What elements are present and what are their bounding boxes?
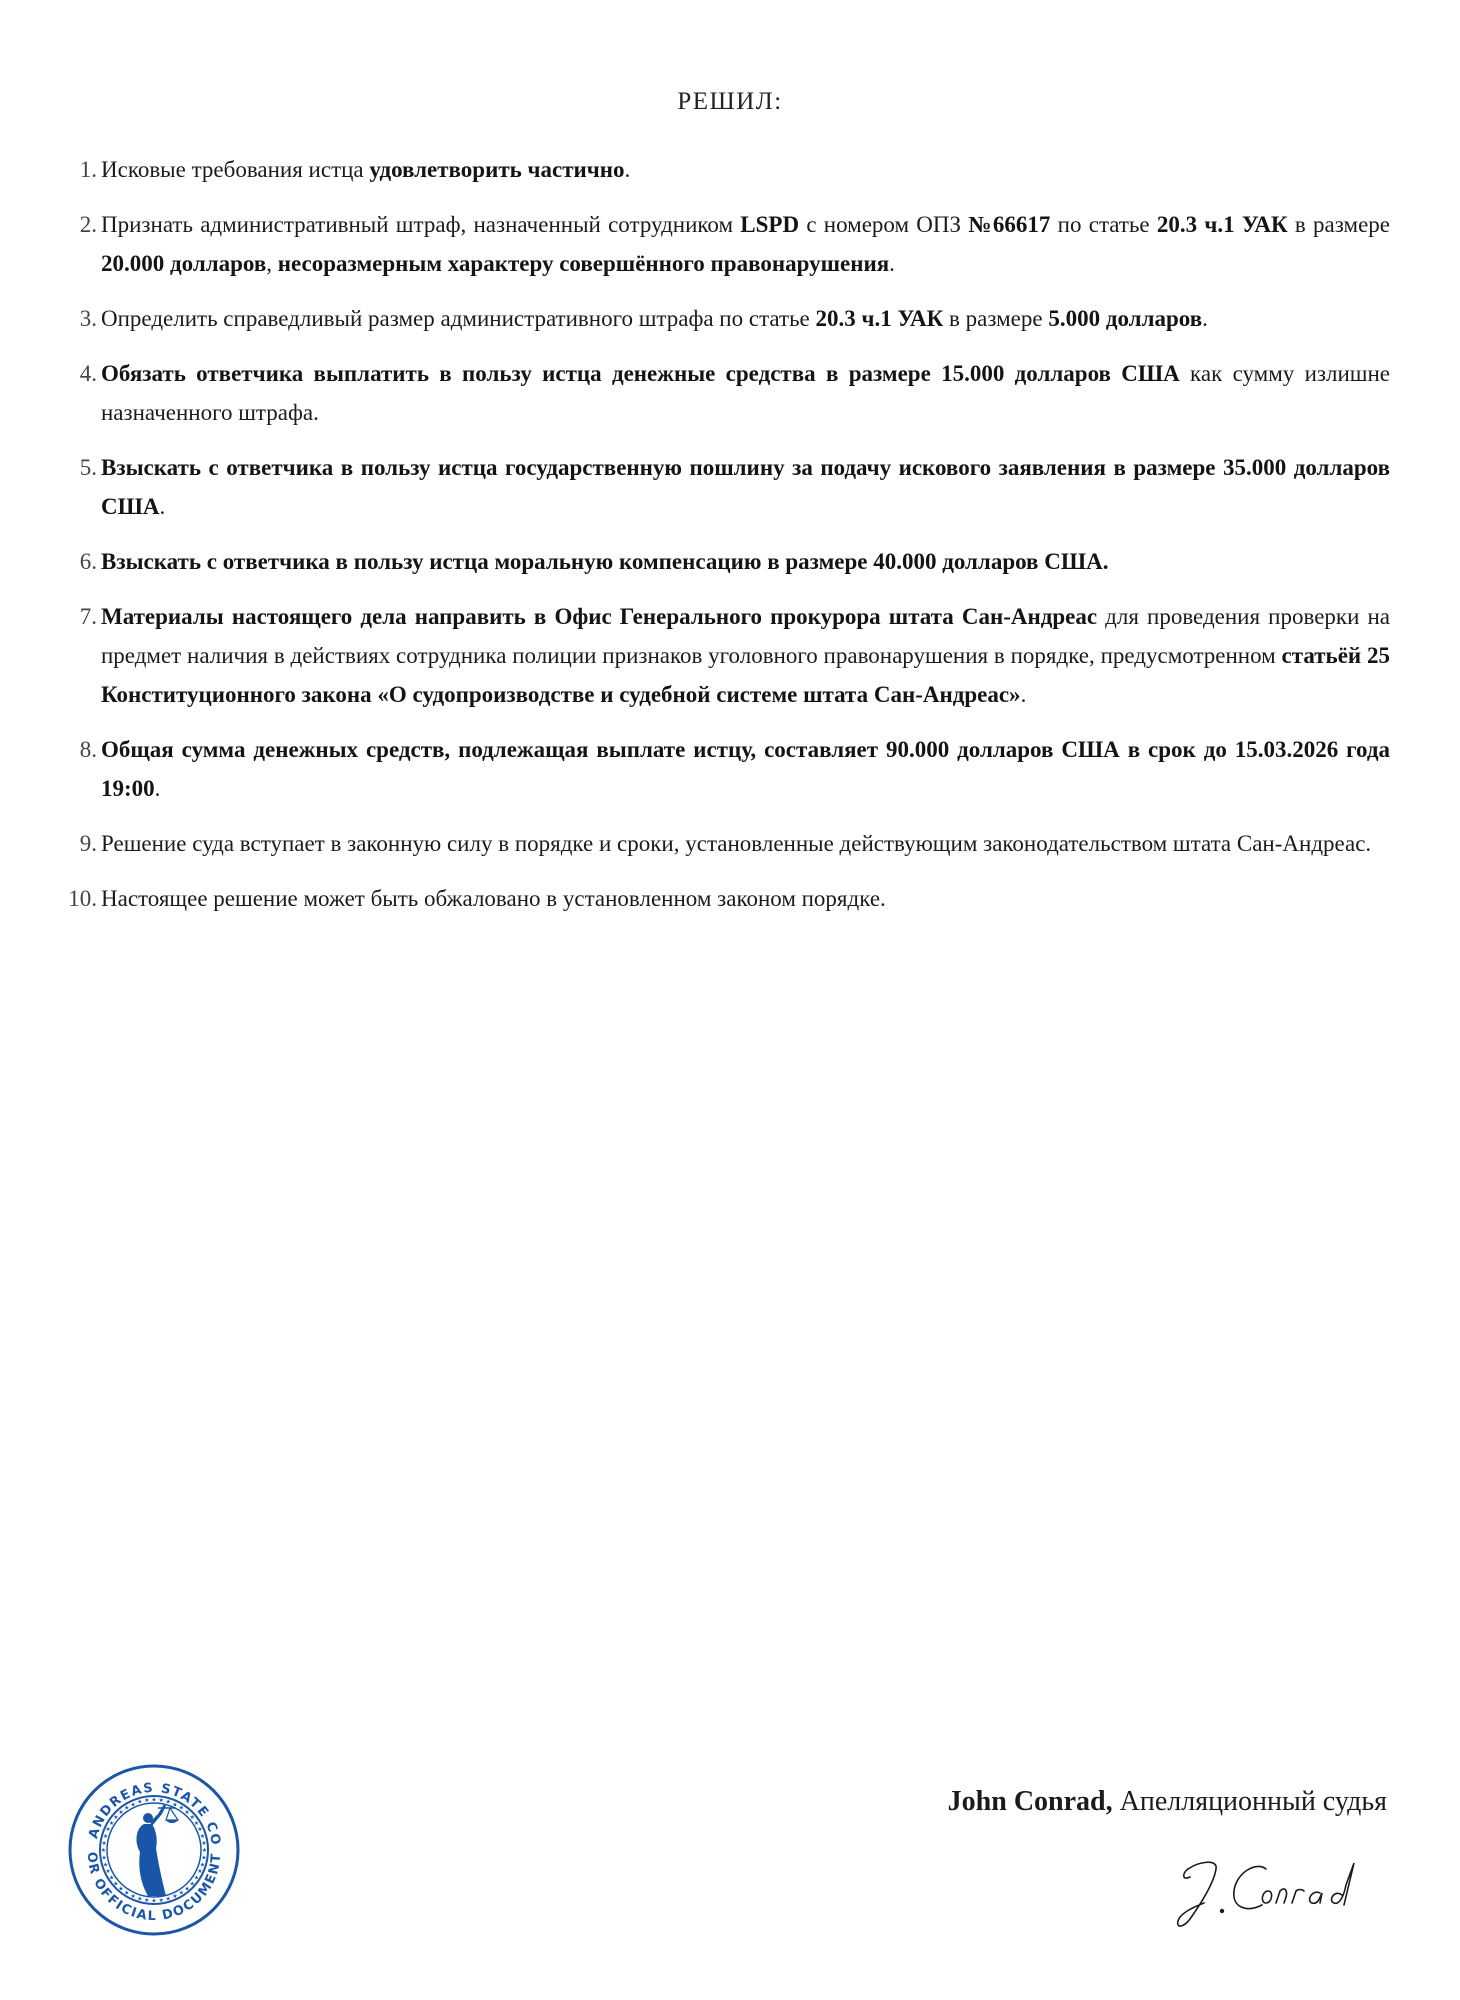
svg-text:★: ★ [144, 1797, 149, 1804]
text: с номером ОПЗ [799, 212, 968, 237]
bold-text: 20.000 долларов [101, 251, 266, 276]
text: . [1202, 306, 1208, 331]
text: Настоящее решение может быть обжаловано … [101, 886, 886, 911]
svg-text:★: ★ [184, 1885, 189, 1892]
text: в размере [943, 306, 1048, 331]
svg-text:★: ★ [166, 1799, 171, 1806]
svg-text:★: ★ [201, 1840, 206, 1847]
text: . [625, 157, 631, 182]
svg-text:★: ★ [200, 1833, 205, 1840]
decision-heading: РЕШИЛ: [0, 88, 1460, 116]
svg-text:★: ★ [124, 1805, 129, 1812]
svg-text:★: ★ [151, 1797, 156, 1804]
svg-text:★: ★ [103, 1833, 108, 1840]
bold-text: Взыскать с ответчика в пользу истца мора… [101, 549, 1108, 574]
svg-text:★: ★ [101, 1847, 106, 1854]
svg-text:★: ★ [201, 1854, 206, 1861]
item-number: 6. [41, 542, 97, 581]
item-number: 10. [41, 879, 97, 918]
svg-text:★: ★ [130, 1801, 135, 1808]
text: , [266, 251, 278, 276]
lady-justice-icon [137, 1804, 178, 1896]
svg-text:★: ★ [158, 1897, 163, 1904]
svg-text:★: ★ [101, 1854, 106, 1861]
text: Решение суда вступает в законную силу в … [101, 831, 1371, 856]
bold-text: 5.000 долларов [1048, 306, 1202, 331]
decision-item: 3.Определить справедливый размер админис… [101, 299, 1390, 338]
svg-text:★: ★ [172, 1801, 177, 1808]
svg-text:★: ★ [137, 1799, 142, 1806]
item-number: 5. [41, 448, 97, 487]
bold-text: Взыскать с ответчика в пользу истца госу… [101, 455, 1390, 519]
svg-text:★: ★ [118, 1809, 123, 1816]
svg-text:★: ★ [172, 1893, 177, 1900]
item-number: 2. [41, 205, 97, 244]
item-number: 1. [41, 150, 97, 189]
text: Исковые требования истца [101, 157, 369, 182]
decision-item: 2.Признать административный штраф, назна… [101, 205, 1390, 283]
item-number: 3. [41, 299, 97, 338]
decision-item: 4.Обязать ответчика выплатить в пользу и… [101, 354, 1390, 432]
svg-text:★: ★ [202, 1847, 207, 1854]
judge-name: John Conrad, [948, 1786, 1113, 1817]
svg-text:★: ★ [189, 1880, 194, 1887]
judge-title: Апелляционный судья [1113, 1786, 1387, 1817]
decision-item: 9.Решение суда вступает в законную силу … [101, 824, 1390, 863]
bold-text: №66617 [968, 212, 1050, 237]
svg-text:★: ★ [101, 1840, 106, 1847]
item-number: 4. [41, 354, 97, 393]
svg-text:★: ★ [137, 1896, 142, 1903]
svg-text:★: ★ [105, 1868, 110, 1875]
bold-text: 20.3 ч.1 УАК [816, 306, 944, 331]
svg-text:★: ★ [124, 1890, 129, 1897]
svg-text:★: ★ [118, 1885, 123, 1892]
text: по статье [1050, 212, 1156, 237]
handwritten-signature [1170, 1855, 1395, 1935]
svg-text:★: ★ [109, 1875, 114, 1882]
text: . [159, 494, 165, 519]
text: . [1021, 682, 1027, 707]
item-number: 8. [41, 730, 97, 769]
bold-text: удовлетворить частично [369, 157, 624, 182]
bold-text: несоразмерным характеру совершённого пра… [278, 251, 889, 276]
decision-list: 1.Исковые требования истца удовлетворить… [101, 150, 1390, 934]
svg-text:★: ★ [158, 1797, 163, 1804]
svg-text:★: ★ [105, 1826, 110, 1833]
decision-item: 5.Взыскать с ответчика в пользу истца го… [101, 448, 1390, 526]
svg-text:★: ★ [103, 1861, 108, 1868]
bold-text: 20.3 ч.1 УАК [1157, 212, 1288, 237]
bold-text: Общая сумма денежных средств, подлежащая… [101, 737, 1390, 801]
judge-signature-line: John Conrad, Апелляционный судья [948, 1786, 1387, 1818]
text: . [889, 251, 895, 276]
text: Признать административный штраф, назначе… [101, 212, 740, 237]
svg-text:★: ★ [151, 1898, 156, 1905]
decision-item: 6.Взыскать с ответчика в пользу истца мо… [101, 542, 1390, 581]
svg-text:★: ★ [179, 1890, 184, 1897]
svg-text:★: ★ [166, 1896, 171, 1903]
bold-text: LSPD [740, 212, 799, 237]
bold-text: Обязать ответчика выплатить в пользу ист… [101, 361, 1180, 386]
decision-item: 7.Материалы настоящего дела направить в … [101, 597, 1390, 714]
text: . [155, 776, 161, 801]
decision-item: 10.Настоящее решение может быть обжалова… [101, 879, 1390, 918]
bold-text: Материалы настоящего дела направить в Оф… [101, 604, 1097, 629]
item-number: 7. [41, 597, 97, 636]
item-number: 9. [41, 824, 97, 863]
decision-item: 1.Исковые требования истца удовлетворить… [101, 150, 1390, 189]
court-stamp: ★★★★★★★★★★★★★★★★★★★★★★★★★★★★★★★★★★★★★★★★… [66, 1762, 242, 1938]
svg-text:★: ★ [144, 1897, 149, 1904]
svg-text:★: ★ [130, 1893, 135, 1900]
text: Определить справедливый размер администр… [101, 306, 816, 331]
decision-item: 8.Общая сумма денежных средств, подлежащ… [101, 730, 1390, 808]
text: в размере [1288, 212, 1390, 237]
svg-text:★: ★ [179, 1805, 184, 1812]
